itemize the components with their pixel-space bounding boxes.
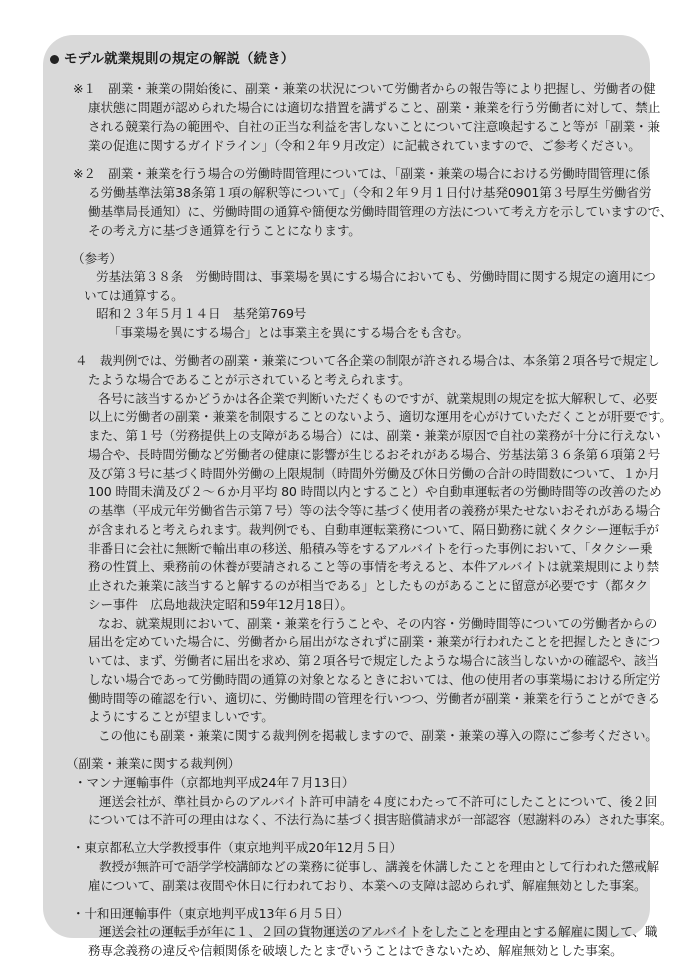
case-line: については不許可の理由はなく、不法行為に基づく損害賠償請求が一部認容（慰謝料のみ…: [88, 812, 672, 828]
case-line: 運送会社が、準社員からのアルバイト許可申請を４度にわたって不許可にしたことについ…: [99, 794, 657, 810]
case-title: ・東京都私立大学教授事件（東京地判平成20年12月５日）: [72, 840, 402, 856]
note-1-line: 業の促進に関するガイドライン」（令和２年９月改定）に記載されていますので、ご参考…: [88, 138, 641, 154]
item-4-line: 務の性質上、乗務前の休養が要請されること等の事情を考えると、本件アルバイトは就業…: [88, 559, 659, 575]
item-4-line: 100 時間未満及び２～６か月平均 80 時間以内とすること）や自動車運転者の労…: [88, 484, 662, 500]
note-1-line: される競業行為の範囲や、自社の正当な利益を害しないことについて注意喚起すること等…: [88, 119, 660, 135]
reference-line: 昭和２３年５月１４日 基発第769号: [96, 306, 306, 322]
item-4-line: 働時間等の確認を行い、適切に、労働時間の管理を行いつつ、労働者が副業・兼業を行う…: [88, 691, 660, 707]
case-title: ・十和田運輸事件（東京地判平成13年６月５日）: [72, 906, 349, 922]
reference-heading: （参考）: [72, 251, 122, 267]
page-number: 7: [0, 942, 692, 956]
item-4-line: 止された兼業に該当すると解するのが相当である」としたものがあることに留意が必要で…: [88, 578, 648, 594]
item-4-line: 各号に該当するかどうかは各企業で判断いただくものですが、就業規則の規定を拡大解釈…: [98, 391, 658, 407]
item-4-line: この他にも副業・兼業に関する裁判例を掲載しますので、副業・兼業の導入の際にご参考…: [98, 728, 658, 744]
item-4-line: また、第１号（労務提供上の支障がある場合）には、副業・兼業が原因で自社の業務が十…: [88, 428, 660, 444]
item-4-line: ようにすることが望ましいです。: [88, 709, 274, 725]
item-4-line: 及び第３号に基づく時間外労働の上限規制（時間外労働及び休日労働の合計の時間数につ…: [88, 466, 660, 482]
item-4-line: 非番日に会社に無断で輸出車の移送、船積み等をするアルバイトを行った事例において、…: [88, 541, 652, 557]
note-1-line: ※１ 副業・兼業の開始後に、副業・兼業の状況について労働者からの報告等により把握…: [73, 81, 656, 97]
item-4-line: 場合や、長時間労働など労働者の健康に影響が生じるおそれがある場合、労基法第３６条…: [88, 447, 660, 463]
item-4-line: 届出を定めていた場合に、労働者から届出がなされずに副業・兼業が行われたことを把握…: [88, 634, 660, 650]
item-4-line: いては、まず、労働者に届出を求め、第２項各号で規定したような場合に該当しないかの…: [88, 653, 659, 669]
item-4-line: シー事件 広島地裁決定昭和59年12月18日）。: [88, 597, 353, 613]
item-4-line: ４ 裁判例では、労働者の副業・兼業について各企業の制限が許される場合は、本条第２…: [75, 353, 660, 369]
case-line: 運送会社の運転手が年に１、２回の貨物運送のアルバイトをしたことを理由とする解雇に…: [99, 924, 657, 940]
item-4-line: しない場合であって労働時間の通算の対象となるときにおいては、他の使用者の事業場に…: [88, 672, 660, 688]
reference-line: 労基法第３８条 労働時間は、事業場を異にする場合においても、労働時間に関する規定…: [96, 269, 656, 285]
note-2-line: る労働基準法第38条第１項の解釈等について」（令和２年９月１日付け基発0901第…: [88, 185, 651, 201]
item-4-line: が含まれると考えられます。裁判例でも、自動車運転業務について、隔日勤務に就くタク…: [88, 522, 659, 538]
note-1-line: 康状態に問題が認められた場合には適切な措置を講ずること、副業・兼業を行う労働者に…: [88, 100, 660, 116]
note-2-line: その考え方に基づき通算を行うことになります。: [88, 223, 361, 239]
reference-line: 「事業場を異にする場合」とは事業主を異にする場合をも含む。: [108, 325, 469, 341]
cases-heading: （副業・兼業に関する裁判例）: [66, 756, 240, 772]
reference-line: いては通算する。: [84, 288, 184, 304]
note-2-line: 働基準局長通知）に、労働時間の通算や簡便な労働時間管理の方法について考え方を示し…: [88, 204, 672, 220]
case-title: ・マンナ運輸事件（京都地判平成24年７月13日）: [74, 775, 354, 791]
note-2-line: ※２ 副業・兼業を行う場合の労働時間管理については、「副業・兼業の場合における労…: [73, 166, 649, 182]
item-4-line: なお、就業規則において、副業・兼業を行うことや、その内容・労働時間等についての労…: [98, 616, 657, 632]
item-4-line: 以上に労働者の副業・兼業を制限することのないよう、適切な運用を心がけていただくこ…: [88, 409, 672, 425]
case-line: 雇について、副業は夜間や休日に行われており、本業への支障は認められず、解雇無効と…: [88, 878, 646, 894]
bullet-icon: [50, 55, 59, 64]
section-title: モデル就業規則の規定の解説（続き）: [64, 52, 294, 68]
item-4-line: の基準（平成元年労働省告示第７号）等の法令等に基づく使用者の義務が果たせないおそ…: [88, 503, 660, 519]
case-line: 教授が無許可で語学学校講師などの業務に従事し、講義を休講したことを理由として行わ…: [99, 859, 659, 875]
item-4-line: たような場合であることが示されていると考えられます。: [88, 372, 411, 388]
